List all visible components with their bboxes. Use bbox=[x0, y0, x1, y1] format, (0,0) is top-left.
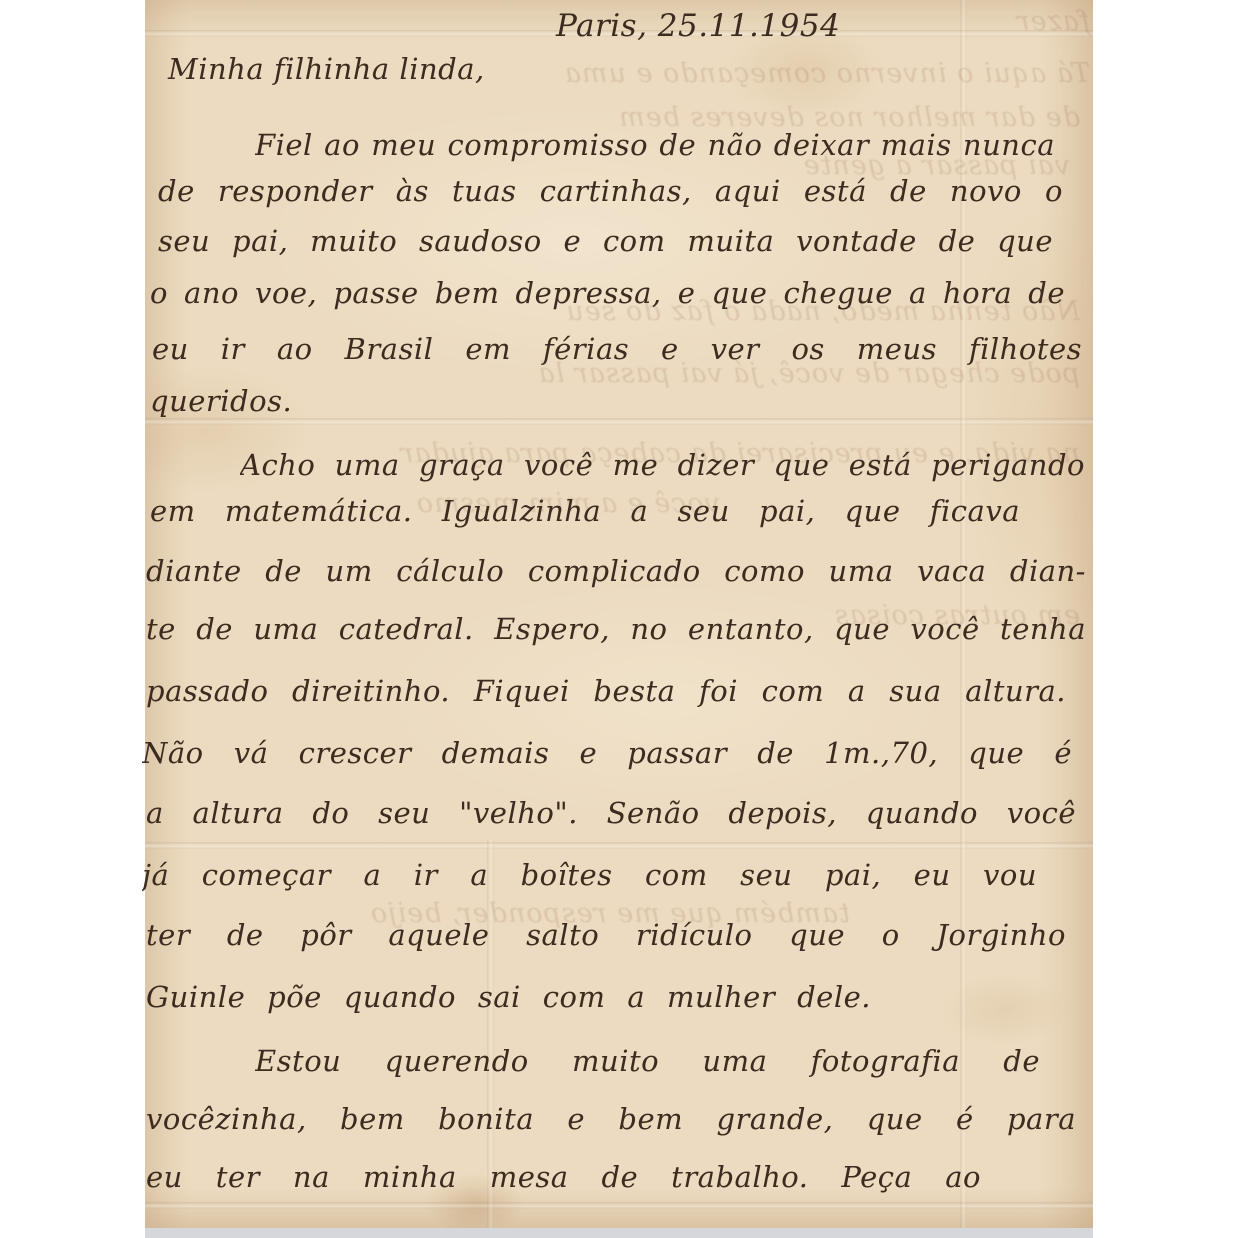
letter-line: Fiel ao meu compromisso de não deixar ma… bbox=[255, 128, 1055, 170]
letter-line: te de uma catedral. Espero, no entanto, … bbox=[146, 612, 1086, 654]
letter-line: Não vá crescer demais e passar de 1m.,70… bbox=[142, 736, 1072, 778]
letter-line: em matemática. Igualzinha a seu pai, que… bbox=[150, 494, 1020, 536]
bleedthrough-line: Tá aqui o inverno começando e uma bbox=[640, 58, 1090, 89]
fold-crease bbox=[145, 1202, 1093, 1209]
letter-line: já começar a ir a boîtes com seu pai, eu… bbox=[142, 858, 1037, 900]
letter-line: o ano voe, passe bem depressa, e que che… bbox=[150, 276, 1065, 318]
letter-line: Acho uma graça você me dizer que está pe… bbox=[240, 448, 1085, 490]
letter-line: eu ter na minha mesa de trabalho. Peça a… bbox=[146, 1160, 981, 1202]
letter-line: a altura do seu "velho". Senão depois, q… bbox=[146, 796, 1076, 838]
letter-line: eu ir ao Brasil em férias e ver os meus … bbox=[152, 332, 1082, 374]
letter-line: passado direitinho. Fiquei besta foi com… bbox=[146, 674, 1066, 716]
letter-dateline: Paris, 25.11.1954 bbox=[556, 8, 840, 45]
letter-salutation: Minha filhinha linda, bbox=[168, 52, 485, 87]
letter-scan: fazer Tá aqui o inverno começando e uma … bbox=[0, 0, 1238, 1238]
letter-line: vocêzinha, bem bonita e bem grande, que … bbox=[146, 1102, 1076, 1144]
letter-line: ter de pôr aquele salto ridículo que o J… bbox=[146, 918, 1066, 960]
bleedthrough-line: fazer bbox=[890, 6, 1090, 37]
letter-line: de responder às tuas cartinhas, aqui est… bbox=[158, 174, 1063, 216]
letter-line: seu pai, muito saudoso e com muita vonta… bbox=[158, 224, 1053, 266]
scan-cutoff-strip bbox=[145, 1228, 1093, 1238]
letter-line: Guinle põe quando sai com a mulher dele. bbox=[146, 980, 871, 1022]
fold-crease bbox=[145, 842, 1093, 849]
letter-line: queridos. bbox=[150, 384, 292, 419]
fold-crease bbox=[145, 418, 1093, 425]
letter-line: Estou querendo muito uma fotografia de bbox=[255, 1044, 1040, 1086]
letter-line: diante de um cálculo complicado como uma… bbox=[146, 554, 1086, 596]
